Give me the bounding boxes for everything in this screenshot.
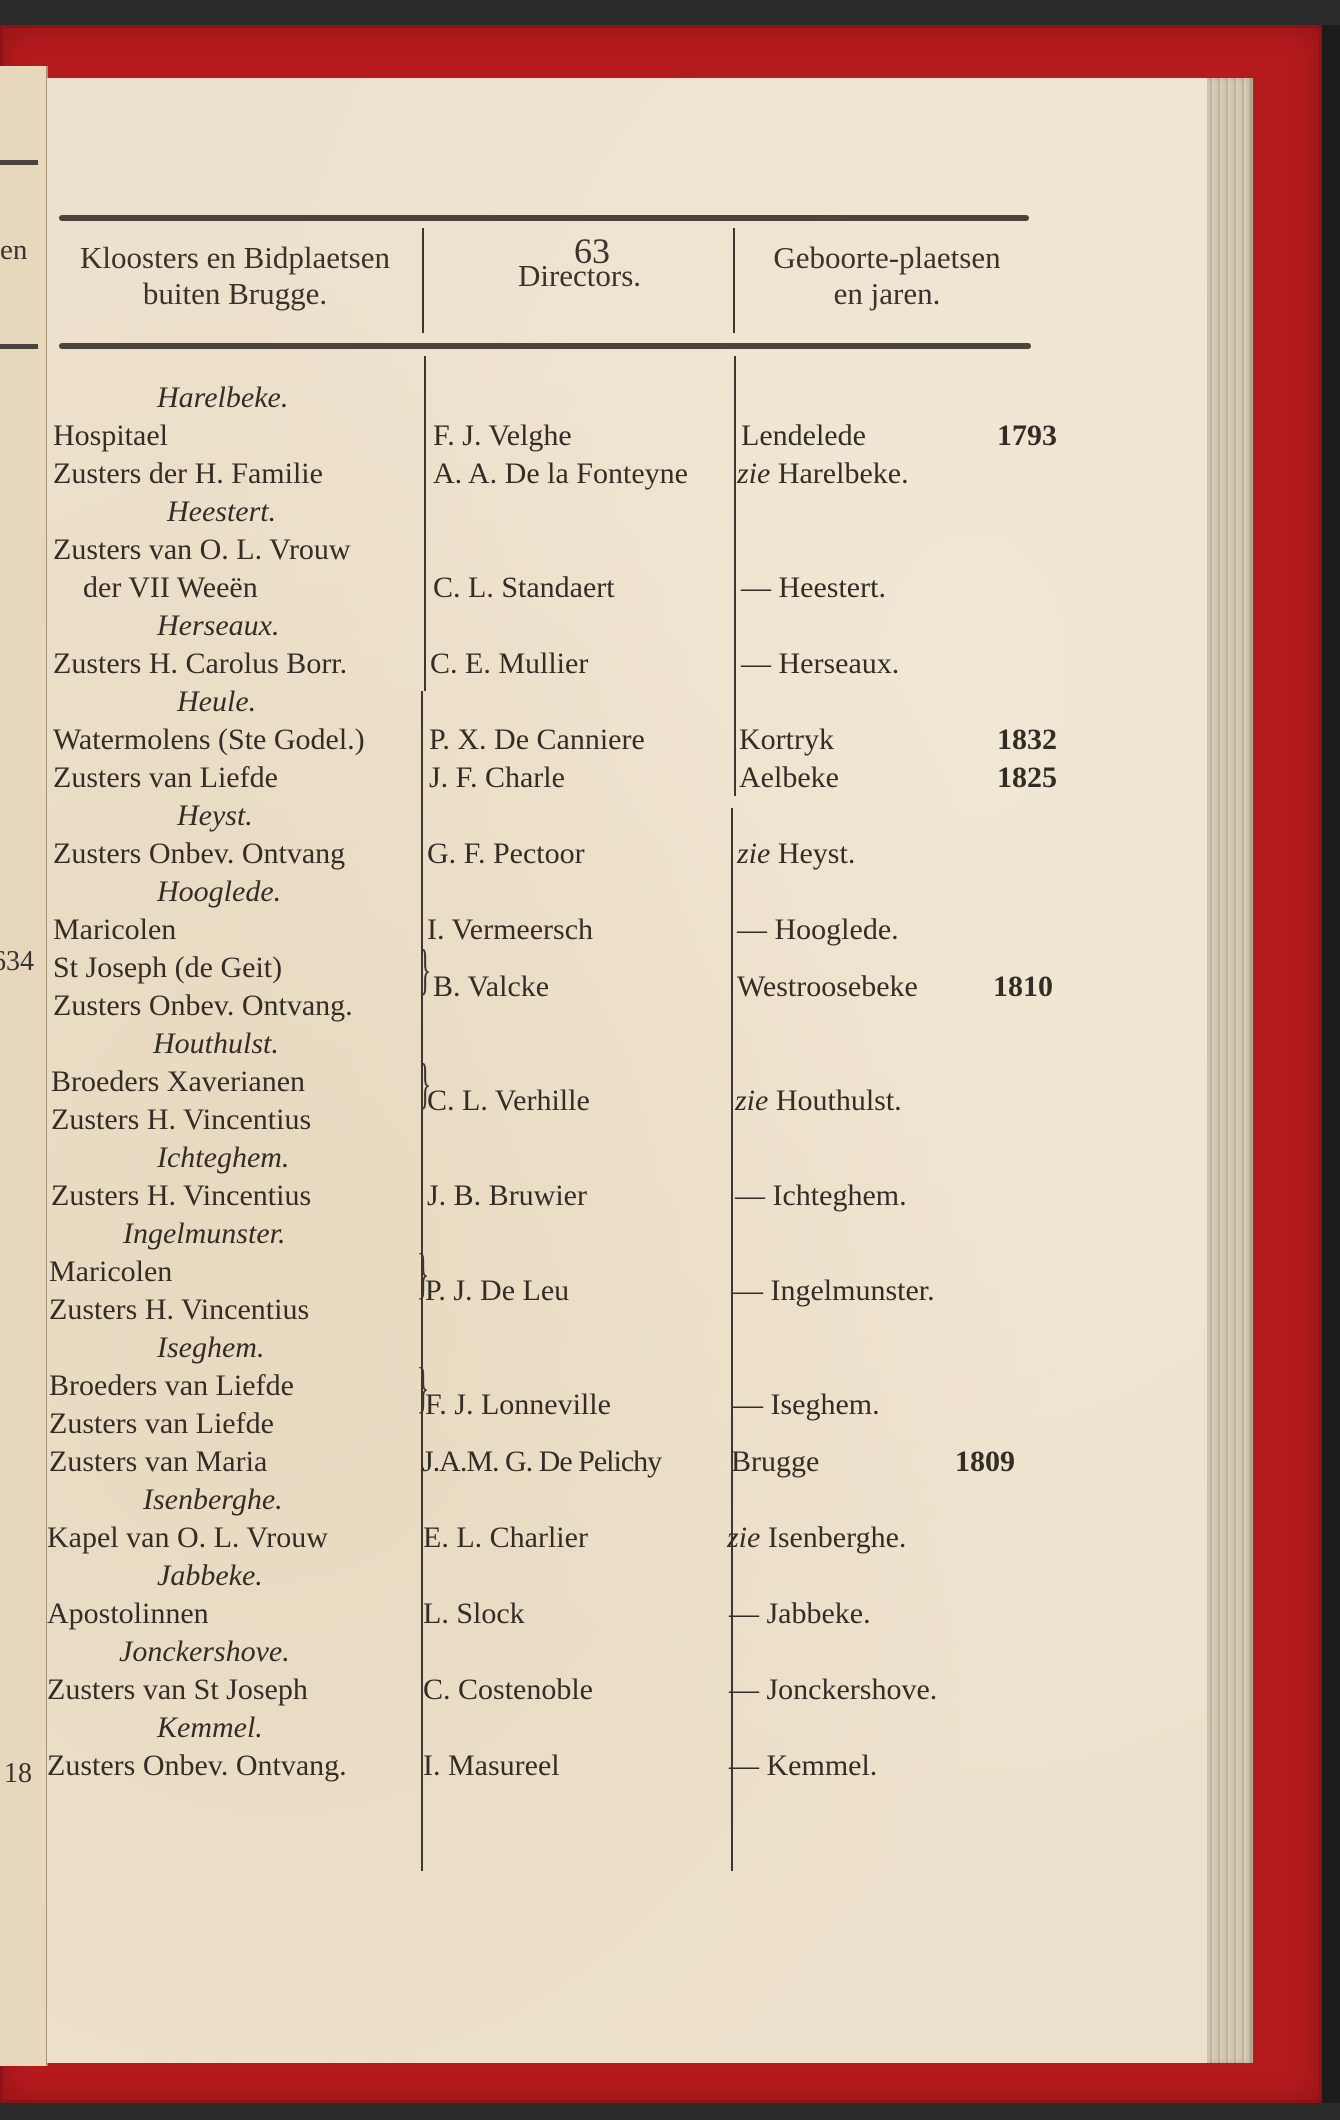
klooster-name-text: Zusters Onbev. Ontvang. (53, 989, 353, 1022)
column-divider (422, 228, 424, 333)
prev-page-header-fragment: en (0, 234, 27, 267)
zie-label: zie (727, 1521, 760, 1554)
birthplace: zie Harelbeke. (737, 456, 909, 492)
klooster-name: Apostolinnen (47, 1596, 209, 1632)
column-divider (733, 228, 735, 333)
klooster-name: Zusters van Maria (49, 1444, 267, 1480)
column-divider (731, 808, 733, 1871)
birthplace: Aelbeke (739, 760, 839, 796)
birthplace: Lendelede (741, 418, 866, 454)
director-name: E. L. Charlier (423, 1520, 588, 1556)
klooster-name: Zusters van St Joseph (47, 1672, 308, 1708)
klooster-name: Zusters Onbev. Ontvang. (53, 988, 353, 1024)
column-header-directors: Directors. (427, 258, 732, 294)
klooster-name: Hospitael (53, 418, 168, 454)
klooster-name: Maricolen (53, 912, 176, 948)
klooster-name: Zusters H. Vincentius (49, 1292, 309, 1328)
klooster-name: Zusters van Liefde (49, 1406, 274, 1442)
director-name: L. Slock (423, 1596, 525, 1632)
director-name: C. L. Standaert (433, 570, 615, 606)
birthplace-name: Heyst. (778, 837, 856, 870)
birth-year: 1809 (955, 1444, 1015, 1480)
director-name: G. F. Pectoor (427, 836, 585, 872)
klooster-name: St Joseph (de Geit) (53, 950, 282, 986)
town-heading: Kemmel. (157, 1710, 263, 1746)
column-divider (424, 356, 426, 691)
town-heading: Heyst. (177, 798, 253, 834)
column-header-geboorte-line1: Geboorte-plaetsen (737, 240, 1037, 276)
zie-label: zie (737, 457, 770, 490)
column-header-kloosters: Kloosters en Bidplaetsen buiten Brugge. (47, 240, 423, 312)
director-name: J. F. Charle (429, 760, 565, 796)
birthplace-name: Isenberghe. (768, 1521, 907, 1554)
director-name: J.A.M. G. De Pelichy (422, 1444, 661, 1480)
klooster-name: Kapel van O. L. Vrouw (47, 1520, 328, 1556)
birthplace: — Kemmel. (729, 1748, 877, 1784)
birthplace-name: Houthulst. (776, 1084, 902, 1117)
director-name: J. B. Bruwier (427, 1178, 587, 1214)
grouping-brace: } (419, 940, 431, 1000)
birthplace-name: Harelbeke. (778, 457, 909, 490)
prev-page-rule-bottom (0, 344, 38, 349)
column-header-kloosters-line1: Kloosters en Bidplaetsen (47, 240, 423, 276)
klooster-name: Zusters H. Vincentius (51, 1102, 311, 1138)
klooster-name-continued: der VII Weeën (83, 570, 258, 606)
klooster-name: Broeders Xaverianen (51, 1064, 305, 1100)
birthplace: zie Houthulst. (735, 1083, 902, 1119)
birthplace: — Jonckershove. (729, 1672, 937, 1708)
book-page: 63 Kloosters en Bidplaetsen buiten Brugg… (47, 78, 1207, 2063)
prev-page-margin-number: 18 (4, 1758, 32, 1790)
klooster-name: Zusters der H. Familie (53, 456, 323, 492)
column-header-geboorte: Geboorte-plaetsen en jaren. (737, 240, 1037, 312)
town-heading: Heule. (177, 684, 256, 720)
birth-year: 1810 (993, 969, 1053, 1005)
birthplace: — Herseaux. (741, 646, 899, 682)
birthplace: — Ingelmunster. (733, 1273, 935, 1309)
birthplace: — Hooglede. (737, 912, 899, 948)
town-heading: Jabbeke. (157, 1558, 263, 1594)
column-header-kloosters-line2: buiten Brugge. (47, 276, 423, 312)
prev-page-margin-number: 634 (0, 946, 34, 978)
klooster-name: Zusters H. Carolus Borr. (53, 646, 347, 682)
klooster-name: Zusters Onbev. Ontvang. (47, 1748, 347, 1784)
birthplace: — Jabbeke. (729, 1596, 871, 1632)
director-name: C. E. Mullier (430, 646, 588, 682)
town-heading: Heestert. (167, 494, 276, 530)
klooster-name: Broeders van Liefde (49, 1368, 294, 1404)
birthplace: — Heestert. (741, 570, 886, 606)
birthplace: — Iseghem. (733, 1387, 880, 1423)
header-rule-top (59, 215, 1029, 221)
header-rule-bottom (59, 343, 1031, 349)
prev-page-rule-top (0, 160, 38, 165)
birth-year: 1832 (997, 722, 1057, 758)
birth-year: 1825 (997, 760, 1057, 796)
town-heading: Houthulst. (153, 1026, 279, 1062)
director-name: P. X. De Canniere (429, 722, 645, 758)
klooster-name: Zusters H. Vincentius (51, 1178, 311, 1214)
town-heading: Jonckershove. (119, 1634, 290, 1670)
director-name: I. Masureel (423, 1748, 560, 1784)
birth-year: 1793 (997, 418, 1057, 454)
birthplace: Kortryk (739, 722, 834, 758)
town-heading: Harelbeke. (157, 380, 288, 416)
klooster-name: Zusters van Liefde (53, 760, 278, 796)
zie-label: zie (737, 837, 770, 870)
birthplace: zie Heyst. (737, 836, 855, 872)
town-heading: Ichteghem. (157, 1140, 289, 1176)
town-heading: Ingelmunster. (123, 1216, 285, 1252)
town-heading: Isenberghe. (143, 1482, 283, 1518)
director-name: F. J. Lonneville (425, 1387, 611, 1423)
birthplace: Westroosebeke (737, 969, 918, 1005)
klooster-name: Maricolen (49, 1254, 172, 1290)
town-heading: Iseghem. (157, 1330, 264, 1366)
birthplace: — Ichteghem. (735, 1178, 907, 1214)
background-edge (1322, 25, 1340, 2103)
town-heading: Herseaux. (157, 608, 279, 644)
klooster-name: Zusters Onbev. Ontvang (53, 836, 345, 872)
column-divider (734, 356, 736, 796)
director-name: C. Costenoble (423, 1672, 593, 1708)
director-name: I. Vermeersch (427, 912, 593, 948)
birthplace: Brugge (731, 1444, 819, 1480)
klooster-name: Zusters van O. L. Vrouw (53, 532, 351, 568)
director-name: B. Valcke (433, 969, 549, 1005)
director-name: P. J. De Leu (425, 1273, 569, 1309)
klooster-name: Watermolens (Ste Godel.) (53, 722, 365, 758)
column-header-geboorte-line2: en jaren. (737, 276, 1037, 312)
director-name: A. A. De la Fonteyne (433, 456, 688, 492)
birthplace: zie Isenberghe. (727, 1520, 906, 1556)
page-block-edge (1207, 78, 1253, 2063)
director-name: F. J. Velghe (433, 418, 572, 454)
previous-page-strip: en 634 18 (0, 66, 48, 2066)
director-name: C. L. Verhille (427, 1083, 590, 1119)
town-heading: Hooglede. (157, 874, 281, 910)
klooster-name-text: St Joseph (de Geit) (53, 951, 282, 984)
zie-label: zie (735, 1084, 768, 1117)
